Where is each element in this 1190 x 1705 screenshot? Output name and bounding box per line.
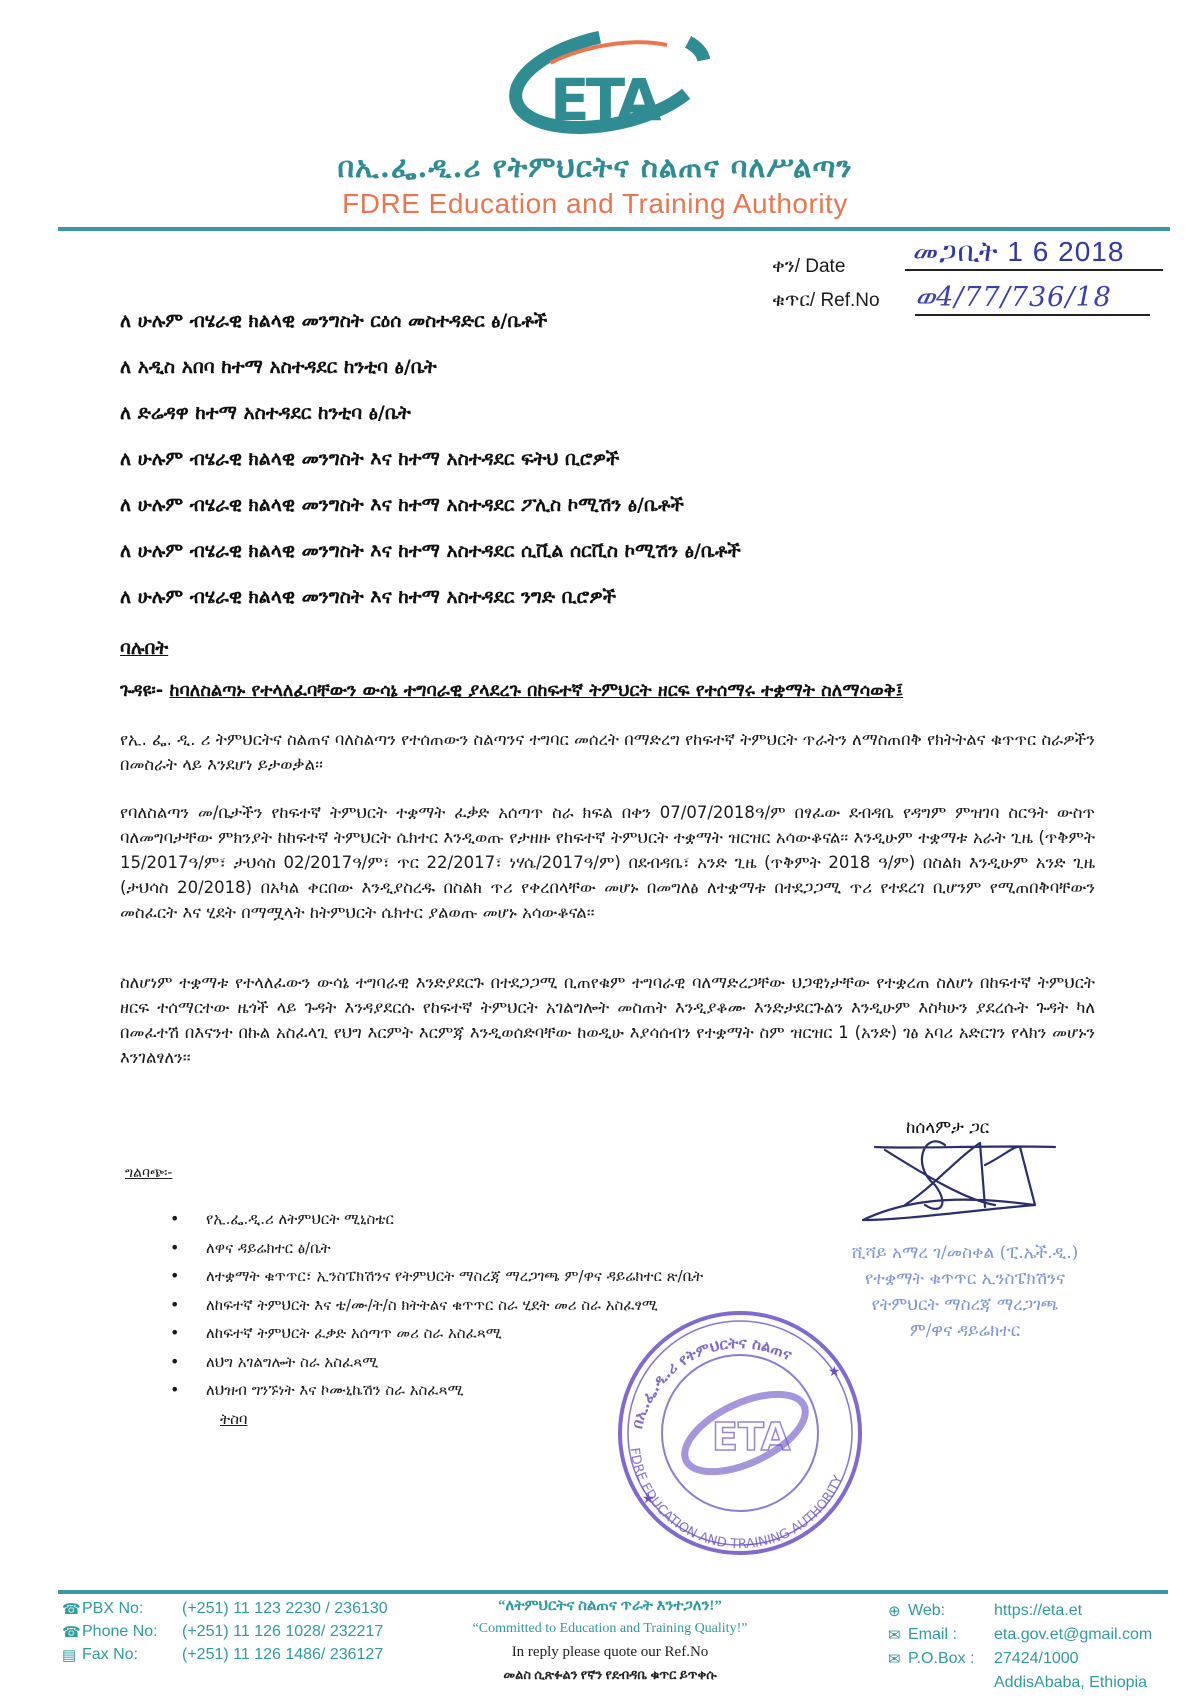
svg-text:★: ★ — [642, 1491, 655, 1507]
recipient-line: ለ ሁሉም ብሄራዊ ክልላዊ መንግስት እና ከተማ አስተዳደር ሲቪል … — [120, 540, 741, 562]
svg-text:ETA: ETA — [550, 66, 662, 134]
reply-note-amharic: መልስ ሲጽፉልን የኛን የደብዳቤ ቁጥር ይጥቀሱ — [440, 1664, 780, 1686]
signatory-title: የተቋማት ቁጥጥር ኢንስፔክሽንና — [800, 1266, 1130, 1292]
phone-icon: ☎ — [62, 1600, 82, 1618]
recipient-line: ለ ሁሉም ብሄራዊ ክልላዊ መንግስት ርዕሰ መስተዳድር ፅ/ቤቶች — [120, 310, 547, 332]
motto-english: “Committed to Education and Training Qua… — [440, 1618, 780, 1640]
recipient-line: ለ አዲስ አበባ ከተማ አስተዳደር ከንቲባ ፅ/ቤት — [120, 356, 437, 378]
cc-item: •ለተቋማት ቁጥጥር፣ ኢንስፔክሽንና የትምህርት ማስረጃ ማረጋገጫ … — [170, 1262, 703, 1291]
mail-icon: ✉ — [888, 1650, 908, 1668]
subject-prefix: ጉዳዩ፡- — [120, 680, 170, 701]
ref-number: ወ4/77/736/18 — [915, 282, 1150, 316]
org-name-english: FDRE Education and Training Authority — [0, 188, 1190, 220]
website-link[interactable]: https://eta.et — [994, 1602, 1082, 1620]
cc-item: •የኢ.ፌ.ዲ.ሪ ለትምህርት ሚኒስቴር — [170, 1205, 703, 1234]
body-paragraph: የኢ. ፌ. ዲ. ሪ ትምህርትና ስልጠና ባለስልጣን የተሰጠውን ስል… — [120, 727, 1095, 777]
svg-text:★: ★ — [828, 1364, 841, 1380]
bullet-icon: • — [170, 1234, 179, 1262]
svg-text:FDRE EDUCATION AND TRAINING AU: FDRE EDUCATION AND TRAINING AUTHORITY — [626, 1447, 846, 1552]
date-value: መጋቢት 1 6 2018 — [905, 236, 1163, 271]
contact-city: AddisAbaba, Ethiopia — [888, 1672, 1188, 1694]
bullet-icon: • — [170, 1205, 179, 1233]
body-paragraph: ስለሆነም ተቋማቱ የተላለፈውን ውሳኔ ተግባራዊ እንድያደርጉ በተደ… — [120, 970, 1095, 1070]
recipient-line: ለ ሁሉም ብሄራዊ ክልላዊ መንግስት እና ከተማ አስተዳደር ፍትህ … — [120, 448, 619, 470]
bullet-icon: • — [170, 1291, 179, 1319]
bullet-icon: • — [170, 1319, 179, 1347]
header-divider — [58, 227, 1170, 231]
bullet-icon: • — [170, 1376, 179, 1404]
address-value: AddisAbaba, Ethiopia — [994, 1674, 1147, 1692]
contact-value: 27424/1000 — [994, 1650, 1079, 1668]
contact-pbx: ☎ PBX No: (+251) 11 123 2230 / 236130 — [62, 1598, 442, 1620]
contact-label: Email : — [908, 1626, 957, 1644]
bullet-icon: • — [170, 1262, 179, 1290]
org-name-amharic: በኢ.ፌ.ዲ.ሪ የትምህርትና ስልጠና ባለሥልጣን — [0, 150, 1190, 185]
cc-label: ግልባጭ፡- — [125, 1165, 172, 1181]
contact-label: Fax No: — [82, 1646, 138, 1664]
contact-phone: ☎ Phone No: (+251) 11 126 1028/ 232217 — [62, 1621, 442, 1643]
contact-value: (+251) 11 126 1028/ 232217 — [182, 1623, 383, 1641]
recipient-line: ለ ሁሉም ብሄራዊ ክልላዊ መንግስት እና ከተማ አስተዳደር ንግድ … — [120, 586, 616, 608]
signatory-name: ሺሻይ አማረ ገ/መስቀል (ፒ.ኤች.ዲ.) — [800, 1240, 1130, 1266]
official-stamp: ETA በኢ.ፌ.ዲ.ሪ የትምህርትና ስልጠና FDRE EDUCATION… — [600, 1298, 880, 1558]
contact-label: Phone No: — [82, 1623, 158, 1641]
svg-text:ETA: ETA — [712, 1415, 791, 1459]
signature — [855, 1135, 1065, 1230]
subject-text: ከባለስልጣኑ የተላለፈባቸውን ውሳኔ ተግባራዊ ያላደረጉ በከፍተኛ … — [170, 680, 904, 701]
cc-item: •ለዋና ዳይሬክተር ፅ/ቤት — [170, 1234, 703, 1263]
motto-amharic: “ለትምህርትና ስልጠና ጥራት እንተጋለን!” — [440, 1594, 780, 1618]
subject-line: ጉዳዩ፡- ከባለስልጣኑ የተላለፈባቸውን ውሳኔ ተግባራዊ ያላደረጉ … — [120, 680, 903, 701]
fax-icon: ▤ — [62, 1646, 82, 1664]
bullet-icon: • — [170, 1348, 179, 1376]
phone-icon: ☎ — [62, 1623, 82, 1641]
footer-motto: “ለትምህርትና ስልጠና ጥራት እንተጋለን!” “Committed to… — [440, 1594, 780, 1686]
contact-email: ✉ Email : eta.gov.et@gmail.com — [888, 1624, 1188, 1646]
contact-web: ⊕ Web: https://eta.et — [888, 1600, 1188, 1622]
reply-note-english: In reply please quote our Ref.No — [440, 1640, 780, 1664]
contact-value: (+251) 11 123 2230 / 236130 — [182, 1600, 388, 1618]
eta-logo: ETA — [500, 22, 715, 147]
contact-value: (+251) 11 126 1486/ 236127 — [182, 1646, 383, 1664]
body-paragraph: የባለስልጣን መ/ቤታችን የከፍተኛ ትምህርት ተቋማት ፈቃድ አሰጣጥ… — [120, 800, 1095, 925]
globe-icon: ⊕ — [888, 1602, 908, 1620]
mail-icon: ✉ — [888, 1626, 908, 1644]
contact-label: P.O.Box : — [908, 1650, 974, 1668]
contact-label: PBX No: — [82, 1600, 143, 1618]
email-link[interactable]: eta.gov.et@gmail.com — [994, 1626, 1152, 1644]
contact-fax: ▤ Fax No: (+251) 11 126 1486/ 236127 — [62, 1644, 442, 1666]
ref-label: ቁጥር/ Ref.No — [772, 290, 880, 312]
contact-label: Web: — [908, 1602, 945, 1620]
contact-pobox: ✉ P.O.Box : 27424/1000 — [888, 1648, 1188, 1670]
recipient-line: ለ ድሬዳዋ ከተማ አስተዳደር ከንቲባ ፅ/ቤት — [120, 402, 411, 424]
recipient-line: ለ ሁሉም ብሄራዊ ክልላዊ መንግስት እና ከተማ አስተዳደር ፖሊስ … — [120, 494, 684, 516]
to-all-label: ባሉበት — [120, 637, 168, 659]
date-label: ቀን/ Date — [772, 256, 845, 278]
